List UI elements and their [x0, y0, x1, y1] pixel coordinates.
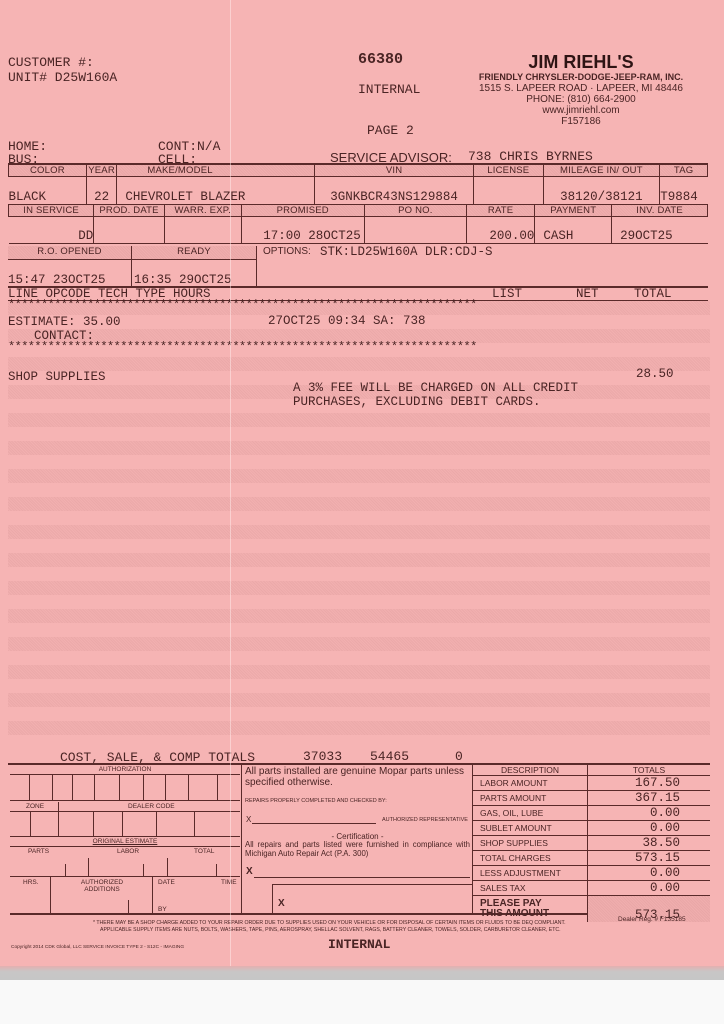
- vehicle-year: 22: [86, 177, 117, 205]
- credit-fee-notice-line2: PURCHASES, EXCLUDING DEBIT CARDS.: [293, 395, 541, 409]
- orig-total-label: TOTAL: [194, 848, 214, 855]
- totals-row-value: 38.50: [588, 836, 711, 851]
- original-estimate-label: ORIGINAL ESTIMATE: [10, 838, 240, 845]
- totals-row-label: SHOP SUPPLIES: [473, 836, 588, 851]
- col-vin: VIN: [315, 165, 474, 177]
- totals-row: PARTS AMOUNT 367.15: [473, 791, 710, 806]
- col-total: TOTAL: [634, 287, 672, 301]
- vehicle-color: BLACK: [9, 177, 87, 205]
- orig-labor-label: LABOR: [117, 848, 139, 855]
- certification-text: All repairs and parts listed were furnis…: [245, 840, 470, 858]
- dealer-phone: PHONE: (810) 664-2900: [470, 94, 692, 105]
- service-advisor-name: 738 CHRIS BYRNES: [468, 149, 593, 164]
- totals-table: DESCRIPTION TOTALS LABOR AMOUNT 167.50 P…: [473, 764, 710, 922]
- promised-value: 17:00 28OCT25: [241, 217, 364, 244]
- by-label: BY: [158, 906, 167, 913]
- separator-stars-top: ****************************************…: [8, 298, 477, 312]
- totals-row-label: PARTS AMOUNT: [473, 791, 588, 806]
- col-tag: TAG: [660, 165, 708, 177]
- copyright-notice: Copyright 2014 CDK Global, LLC SERVICE I…: [11, 945, 184, 950]
- totals-row-label: LABOR AMOUNT: [473, 776, 588, 791]
- fold-line: [230, 0, 231, 966]
- totals-row-value: 167.50: [588, 776, 711, 791]
- ro-opened-value: 15:47 23OCT25: [8, 273, 106, 287]
- dealer-address: 1515 S. LAPEER ROAD · LAPEER, MI 48446: [470, 83, 692, 94]
- shop-charge-notice-line1: * THERE MAY BE A SHOP CHARGE ADDED TO YO…: [93, 920, 566, 926]
- totals-row: SHOP SUPPLIES 38.50: [473, 836, 710, 851]
- estimate-amount: ESTIMATE: 35.00: [8, 315, 121, 329]
- col-net: NET: [576, 287, 599, 301]
- totals-row-label: LESS ADJUSTMENT: [473, 866, 588, 881]
- shop-supplies-line: SHOP SUPPLIES: [8, 370, 106, 384]
- col-in-service: IN SERVICE: [9, 205, 94, 217]
- vehicle-make-model: CHEVROLET BLAZER: [117, 177, 315, 205]
- col-prod-date: PROD. DATE: [94, 205, 165, 217]
- footer-internal-label: INTERNAL: [328, 937, 390, 952]
- dealer-reg-number: Dealer Reg. # F135185: [618, 916, 686, 923]
- col-make-model: MAKE/MODEL: [117, 165, 315, 177]
- description-header: DESCRIPTION: [473, 764, 588, 776]
- col-mileage: MILEAGE IN/ OUT: [543, 165, 660, 177]
- orig-parts-label: PARTS: [28, 848, 49, 855]
- col-inv-date: INV. DATE: [612, 205, 708, 217]
- options-label: OPTIONS:: [263, 246, 311, 257]
- col-po-no: PO NO.: [364, 205, 466, 217]
- customer-number-label: CUSTOMER #:: [8, 55, 94, 70]
- totals-row: SALES TAX 0.00: [473, 881, 710, 896]
- mopar-notice: All parts installed are genuine Mopar pa…: [245, 766, 470, 788]
- ready-label: READY: [132, 246, 256, 260]
- payment-value: CASH: [535, 217, 612, 244]
- dealer-code: F157186: [470, 116, 692, 127]
- signature-x-3: X: [278, 898, 285, 909]
- totals-row-label: TOTAL CHARGES: [473, 851, 588, 866]
- sale-total: 54465: [370, 749, 409, 764]
- separator-stars-bottom: ****************************************…: [8, 340, 477, 354]
- in-service-value: DD: [9, 217, 94, 244]
- totals-header: TOTALS: [588, 764, 711, 776]
- totals-row-value: 0.00: [588, 821, 711, 836]
- please-pay-label: PLEASE PAY THIS AMOUNT: [473, 896, 588, 922]
- dealer-website: www.jimriehl.com: [470, 105, 692, 116]
- totals-row-label: SALES TAX: [473, 881, 588, 896]
- totals-row-label: SUBLET AMOUNT: [473, 821, 588, 836]
- col-year: YEAR: [86, 165, 117, 177]
- cost-total: 37033: [303, 749, 342, 764]
- col-rate: RATE: [466, 205, 534, 217]
- rate-value: 200.00: [466, 217, 534, 244]
- totals-row: LABOR AMOUNT 167.50: [473, 776, 710, 791]
- totals-row-value: 0.00: [588, 881, 711, 896]
- vehicle-tag: T9884: [660, 177, 708, 205]
- options-value: STK:LD25W160A DLR:CDJ-S: [320, 245, 493, 259]
- dealer-code-label: DEALER CODE: [128, 803, 175, 810]
- vehicle-vin: 3GNKBCR43NS129884: [315, 177, 474, 205]
- col-payment: PAYMENT: [535, 205, 612, 217]
- dealer-subtitle: FRIENDLY CHRYSLER-DODGE-JEEP-RAM, INC.: [470, 72, 692, 83]
- authorized-rep-label: AUTHORIZED REPRESENTATIVE: [382, 817, 468, 823]
- totals-row: GAS, OIL, LUBE 0.00: [473, 806, 710, 821]
- col-license: LICENSE: [474, 165, 544, 177]
- internal-label: INTERNAL: [358, 82, 420, 97]
- signature-x-1: X: [246, 815, 251, 824]
- unit-number: UNIT# D25W160A: [8, 70, 117, 85]
- ready-value: 16:35 29OCT25: [134, 273, 232, 287]
- totals-row: SUBLET AMOUNT 0.00: [473, 821, 710, 836]
- estimate-timestamp: 27OCT25 09:34 SA: 738: [268, 314, 426, 328]
- date-label: DATE: [158, 879, 175, 886]
- vehicle-mileage: 38120/38121: [543, 177, 660, 205]
- authorized-additions-label: AUTHORIZED ADDITIONS: [80, 879, 124, 893]
- totals-row-value: 0.00: [588, 866, 711, 881]
- ro-opened-label: R.O. OPENED: [8, 246, 131, 260]
- zone-label: ZONE: [26, 803, 44, 810]
- dealer-name: JIM RIEHL'S: [470, 52, 692, 72]
- page-number: PAGE 2: [367, 123, 414, 138]
- time-label: TIME: [221, 879, 237, 886]
- page-bottom-shadow: [0, 966, 724, 980]
- inv-date-value: 29OCT25: [612, 217, 708, 244]
- invoice-page: CUSTOMER #: UNIT# D25W160A 66380 INTERNA…: [0, 0, 724, 966]
- hrs-label: HRS.: [23, 879, 39, 886]
- signature-x-2: X: [246, 866, 253, 877]
- credit-fee-notice-line1: A 3% FEE WILL BE CHARGED ON ALL CREDIT: [293, 381, 578, 395]
- shop-charge-notice-line2: APPLICABLE SUPPLY ITEMS ARE NUTS, BOLTS,…: [100, 927, 561, 933]
- col-color: COLOR: [9, 165, 87, 177]
- totals-row: TOTAL CHARGES 573.15: [473, 851, 710, 866]
- shop-supplies-line-amount: 28.50: [636, 367, 674, 381]
- vehicle-table: COLOR YEAR MAKE/MODEL VIN LICENSE MILEAG…: [8, 164, 708, 205]
- prod-date-value: [94, 217, 165, 244]
- service-table: IN SERVICE PROD. DATE WARR. EXP. PROMISE…: [8, 204, 708, 244]
- ro-number: 66380: [358, 51, 403, 68]
- please-pay-line2: THIS AMOUNT: [480, 909, 587, 919]
- totals-row-label: GAS, OIL, LUBE: [473, 806, 588, 821]
- totals-row-value: 0.00: [588, 806, 711, 821]
- vehicle-license: [474, 177, 544, 205]
- totals-row-value: 573.15: [588, 851, 711, 866]
- col-list: LIST: [492, 287, 522, 301]
- col-promised: PROMISED: [241, 205, 364, 217]
- totals-row: LESS ADJUSTMENT 0.00: [473, 866, 710, 881]
- dealer-block: JIM RIEHL'S FRIENDLY CHRYSLER-DODGE-JEEP…: [470, 52, 692, 127]
- comp-total: 0: [455, 749, 463, 764]
- po-no-value: [364, 217, 466, 244]
- authorization-label: AUTHORIZATION: [10, 766, 240, 773]
- repairs-checked-label: REPAIRS PROPERLY COMPLETED AND CHECKED B…: [245, 798, 387, 804]
- totals-row-value: 367.15: [588, 791, 711, 806]
